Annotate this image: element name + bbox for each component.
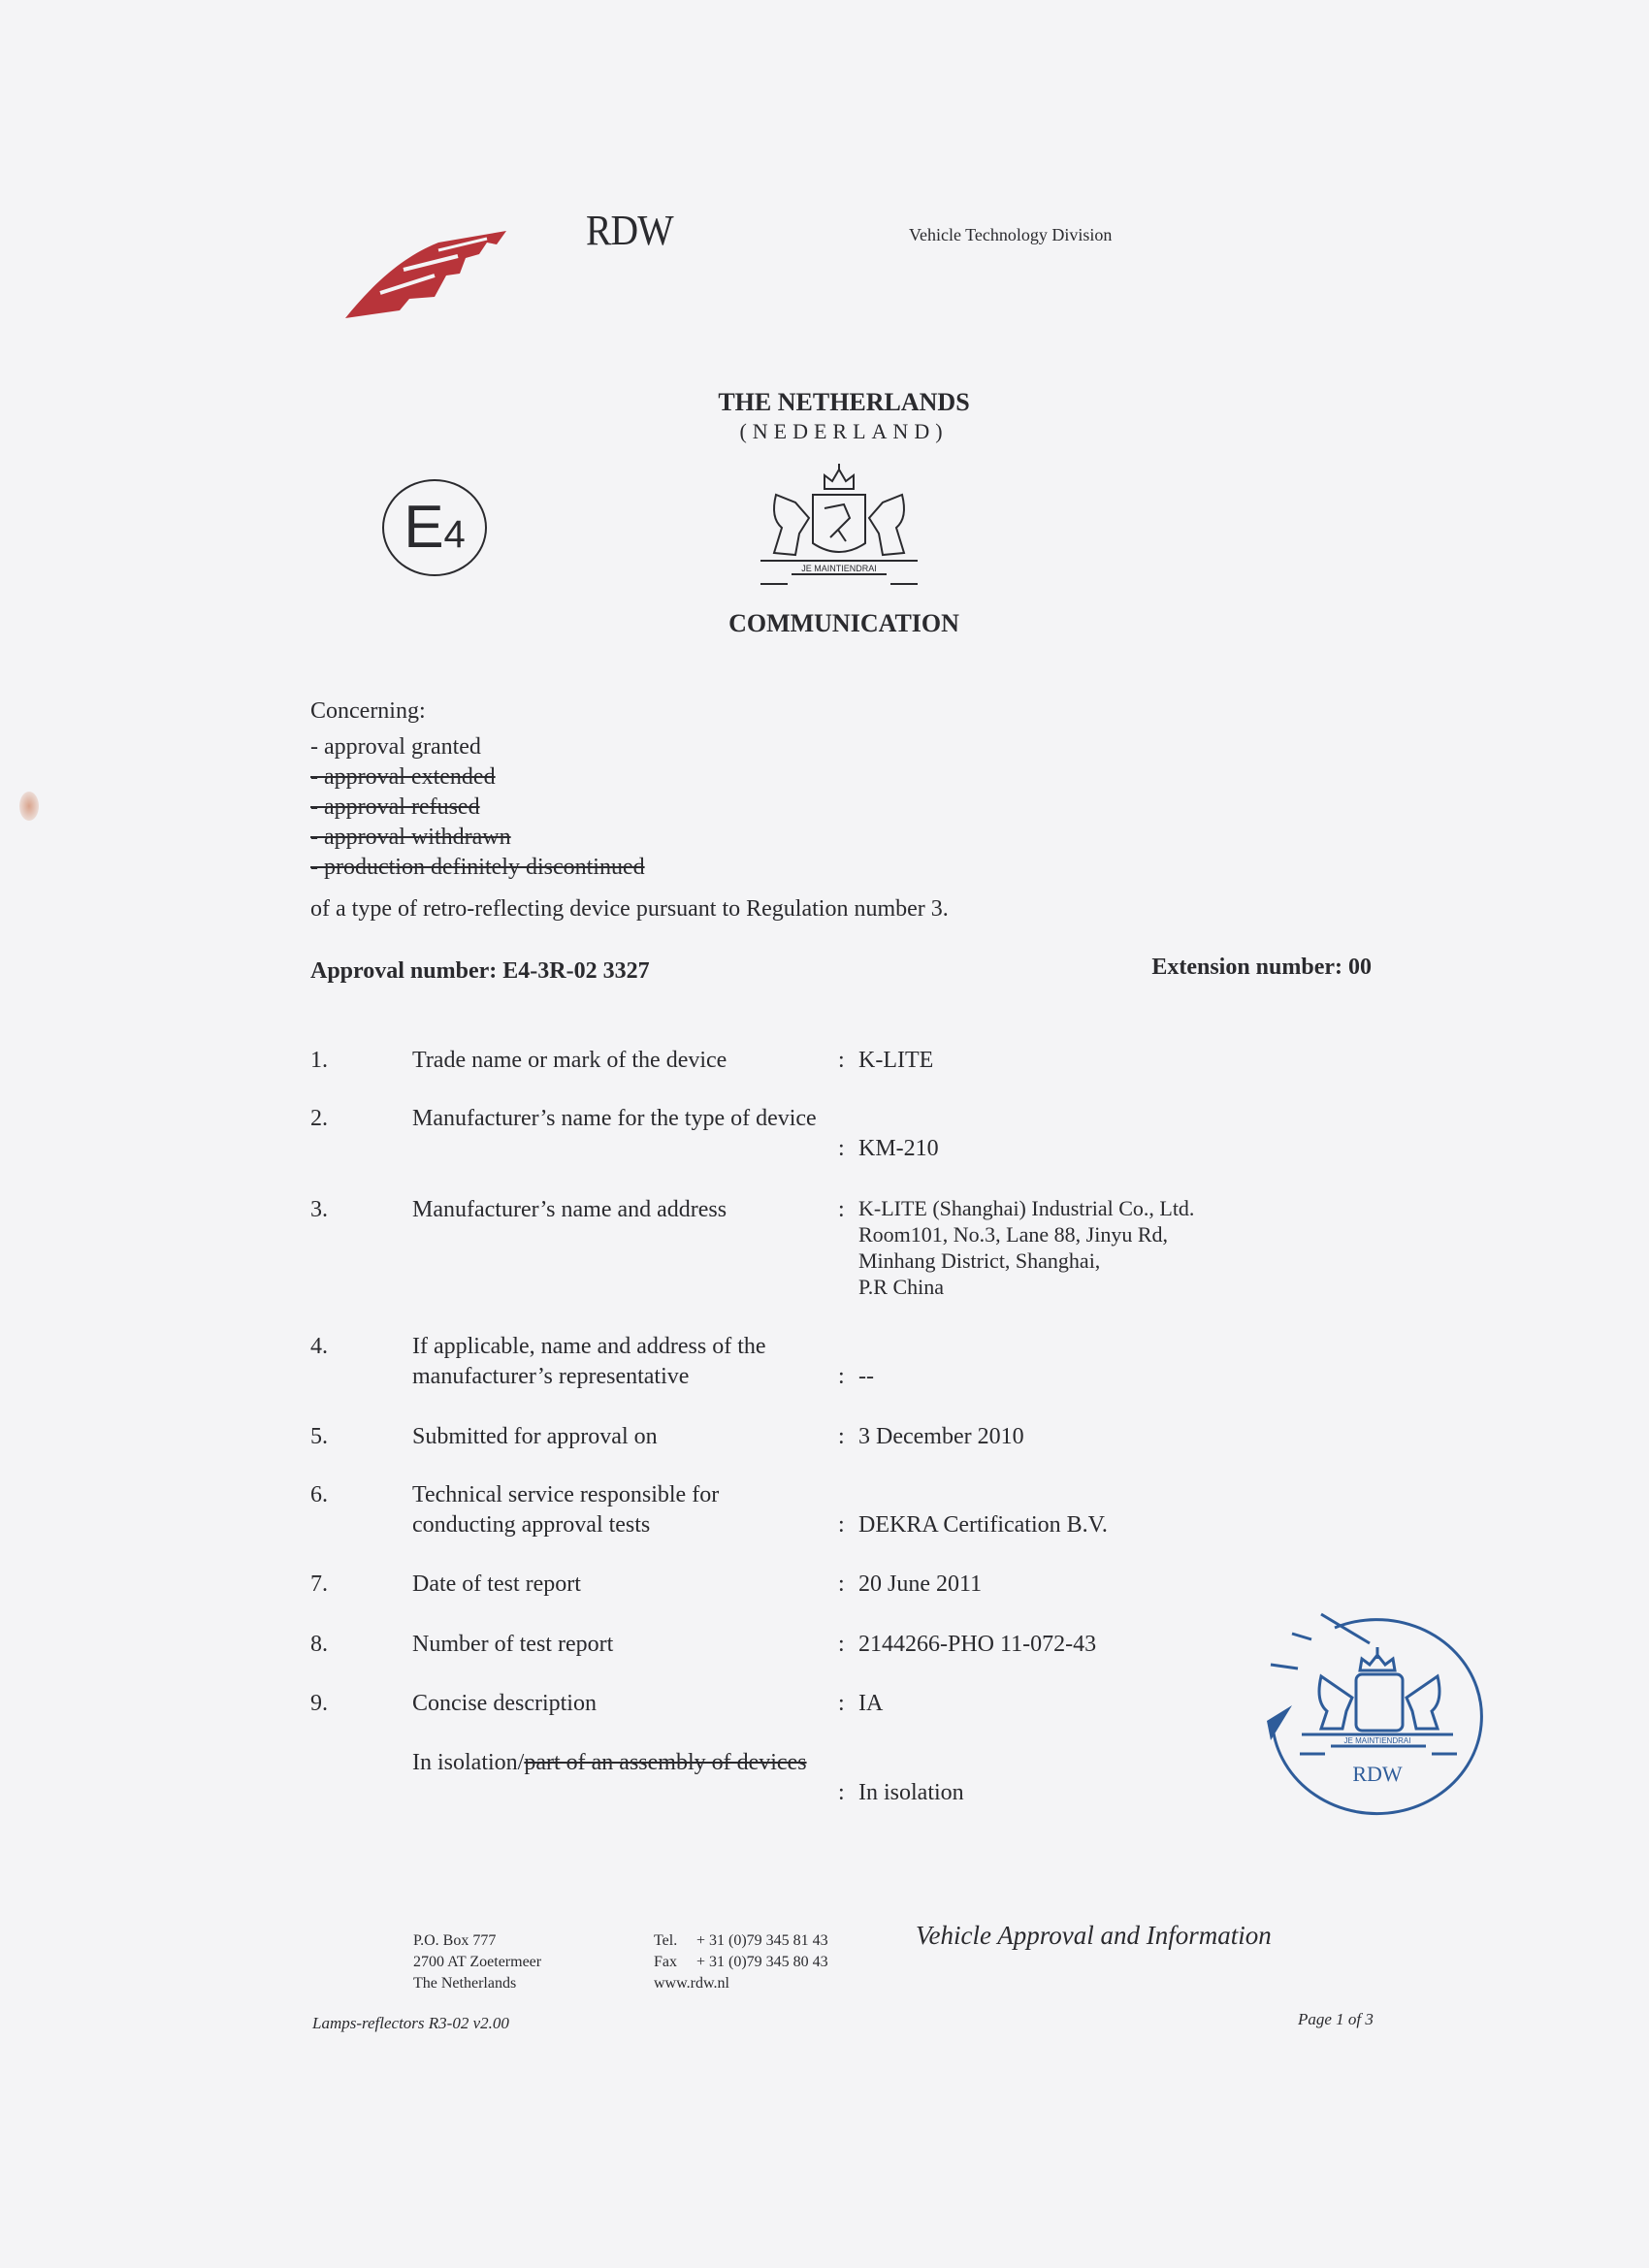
footer-website: www.rdw.nl bbox=[654, 1973, 828, 1994]
item-label: Concise description bbox=[412, 1689, 820, 1719]
country-local-title: (NEDERLAND) bbox=[0, 419, 1649, 444]
coat-of-arms-icon: JE MAINTIENDRAI bbox=[757, 460, 921, 590]
rdw-feather-logo-icon bbox=[341, 229, 516, 320]
approval-number: Approval number: E4-3R-02 3327 bbox=[310, 958, 650, 985]
concerning-option: - approval refused bbox=[310, 793, 645, 823]
item-value: 20 June 2011 bbox=[858, 1570, 1402, 1600]
country-title: THE NETHERLANDS bbox=[0, 388, 1649, 417]
footer-tagline: Vehicle Approval and Information bbox=[916, 1921, 1272, 1951]
item-label: Technical service responsible for conduc… bbox=[412, 1480, 820, 1540]
item-value: DEKRA Certification B.V. bbox=[858, 1510, 1402, 1540]
item-label: Submitted for approval on bbox=[412, 1422, 820, 1452]
item-value: K-LITE (Shanghai) Industrial Co., Ltd. R… bbox=[858, 1195, 1402, 1300]
regulation-subject: of a type of retro-reflecting device pur… bbox=[310, 896, 949, 923]
item-label: In isolation/part of an assembly of devi… bbox=[412, 1748, 820, 1778]
approval-mark-letter: E bbox=[404, 498, 443, 558]
approval-mark-number: 4 bbox=[444, 515, 466, 554]
concerning-option: - approval withdrawn bbox=[310, 823, 645, 853]
svg-text:JE MAINTIENDRAI: JE MAINTIENDRAI bbox=[1344, 1736, 1411, 1745]
svg-text:RDW: RDW bbox=[1352, 1762, 1403, 1786]
concerning-label: Concerning: bbox=[310, 697, 645, 727]
item-label: Trade name or mark of the device bbox=[412, 1046, 820, 1076]
extension-number: Extension number: 00 bbox=[1151, 955, 1372, 981]
concerning-option: - approval extended bbox=[310, 762, 645, 793]
org-name: RDW bbox=[586, 206, 673, 255]
item-label: If applicable, name and address of the m… bbox=[412, 1332, 820, 1392]
item-label: Manufacturer’s name and address bbox=[412, 1195, 820, 1225]
division-name: Vehicle Technology Division bbox=[909, 225, 1112, 245]
footer-contact: Tel.+ 31 (0)79 345 81 43 Fax+ 31 (0)79 3… bbox=[654, 1930, 828, 1994]
footer-fax: + 31 (0)79 345 80 43 bbox=[696, 1954, 828, 1970]
form-id: Lamps-reflectors R3-02 v2.00 bbox=[312, 2014, 509, 2033]
concerning-option: - production definitely discontinued bbox=[310, 853, 645, 883]
page-number: Page 1 of 3 bbox=[1298, 2010, 1374, 2029]
item-value: 3 December 2010 bbox=[858, 1422, 1402, 1452]
svg-text:JE MAINTIENDRAI: JE MAINTIENDRAI bbox=[801, 564, 877, 573]
footer-phone: + 31 (0)79 345 81 43 bbox=[696, 1932, 828, 1949]
concerning-section: Concerning: - approval granted - approva… bbox=[310, 697, 645, 883]
concerning-option: - approval granted bbox=[310, 732, 645, 762]
e4-approval-mark: E 4 bbox=[382, 479, 487, 576]
paper-smudge bbox=[19, 792, 39, 821]
item-label: Number of test report bbox=[412, 1630, 820, 1660]
item-value: KM-210 bbox=[858, 1134, 1402, 1164]
rdw-stamp-icon: JE MAINTIENDRAI RDW bbox=[1263, 1604, 1492, 1820]
item-value: -- bbox=[858, 1362, 1402, 1392]
item-label: Date of test report bbox=[412, 1570, 820, 1600]
item-value: K-LITE bbox=[858, 1046, 1402, 1076]
footer-address: P.O. Box 777 2700 AT Zoetermeer The Neth… bbox=[413, 1930, 541, 1994]
item-label: Manufacturer’s name for the type of devi… bbox=[412, 1104, 820, 1134]
document-type-title: COMMUNICATION bbox=[0, 609, 1649, 638]
